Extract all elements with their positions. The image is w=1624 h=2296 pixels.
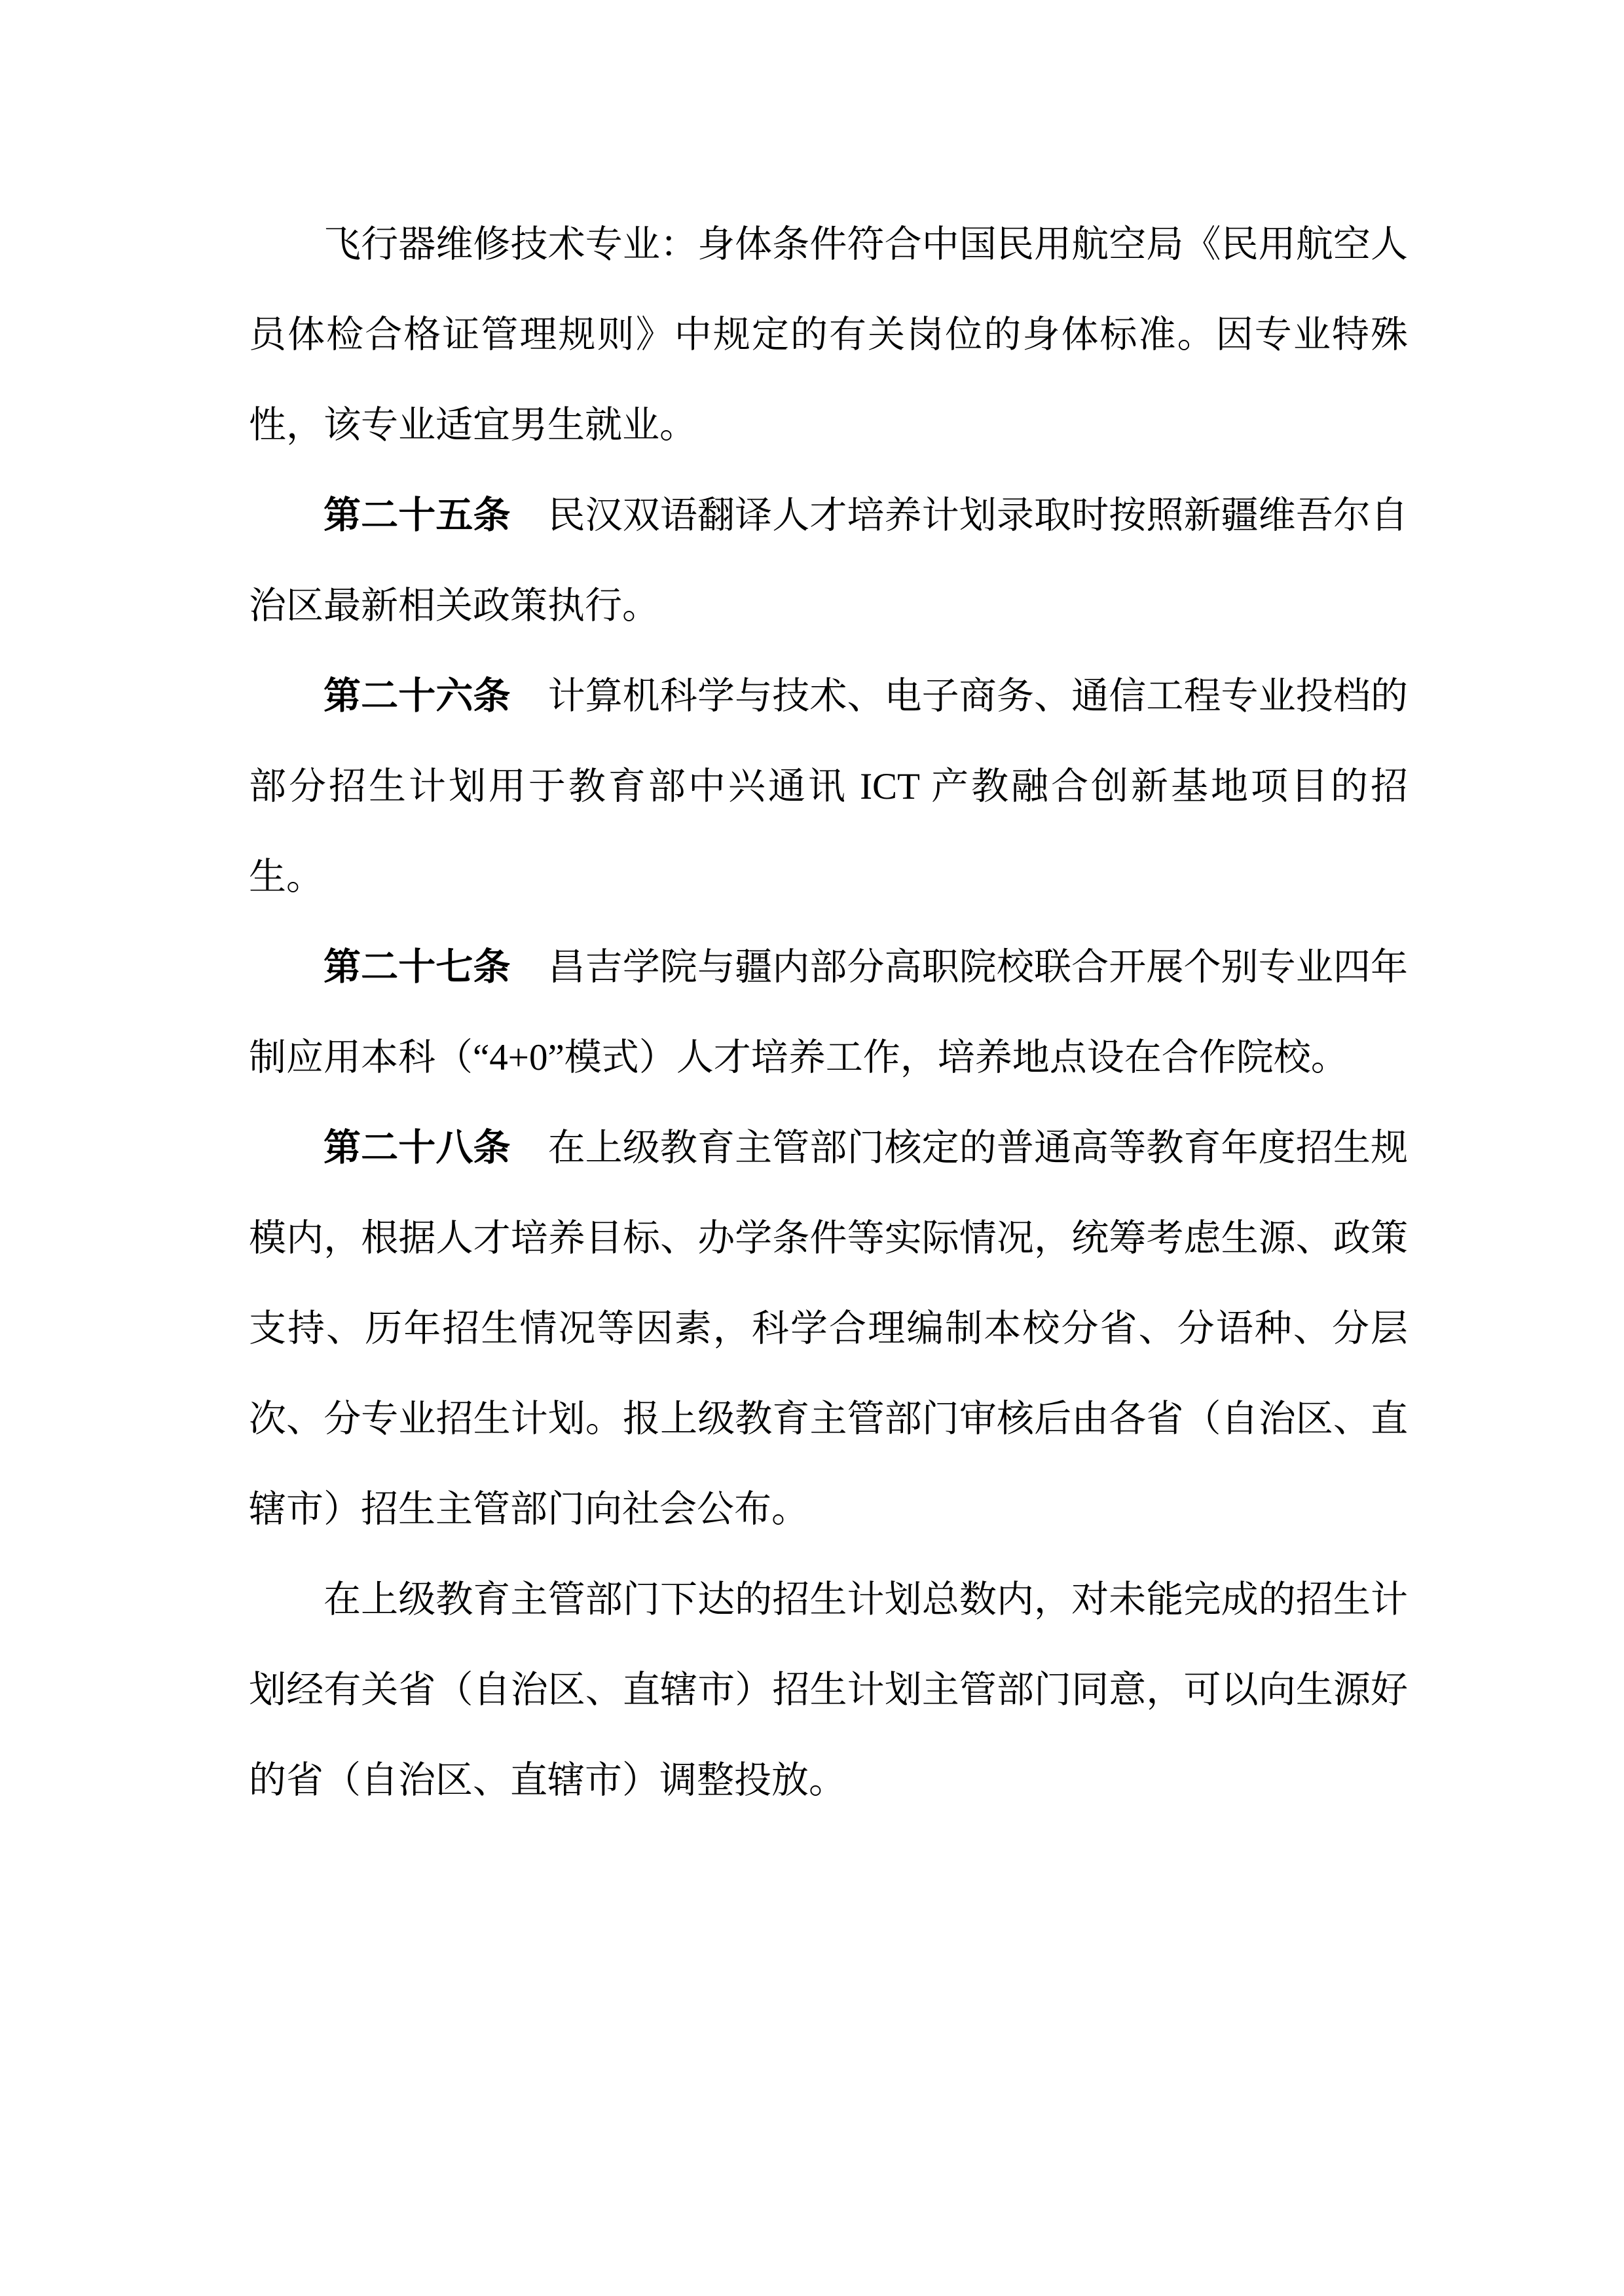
paragraph-article-28: 第二十八条在上级教育主管部门核定的普通高等教育年度招生规模内，根据人才培养目标、…	[249, 1103, 1408, 1555]
article-27-term: 第二十七条	[323, 947, 511, 988]
paragraph-article-27: 第二十七条昌吉学院与疆内部分高职院校联合开展个别专业四年制应用本科（“4+0”模…	[249, 922, 1408, 1103]
paragraph-text: 飞行器维修技术专业：身体条件符合中国民用航空局《民用航空人员体检合格证管理规则》…	[249, 224, 1408, 446]
document-page: 飞行器维修技术专业：身体条件符合中国民用航空局《民用航空人员体检合格证管理规则》…	[0, 0, 1624, 2296]
article-28-term: 第二十八条	[323, 1127, 511, 1169]
article-26-term: 第二十六条	[323, 676, 511, 717]
paragraph-flight-vehicle-maintenance: 飞行器维修技术专业：身体条件符合中国民用航空局《民用航空人员体检合格证管理规则》…	[249, 200, 1408, 471]
paragraph-article-26: 第二十六条计算机科学与技术、电子商务、通信工程专业投档的部分招生计划用于教育部中…	[249, 651, 1408, 922]
article-25-term: 第二十五条	[323, 495, 511, 536]
paragraph-article-25: 第二十五条民汉双语翻译人才培养计划录取时按照新疆维吾尔自治区最新相关政策执行。	[249, 471, 1408, 651]
document-body: 飞行器维修技术专业：身体条件符合中国民用航空局《民用航空人员体检合格证管理规则》…	[249, 200, 1408, 1826]
paragraph-plan-adjustment: 在上级教育主管部门下达的招生计划总数内，对未能完成的招生计划经有关省（自治区、直…	[249, 1555, 1408, 1826]
paragraph-text: 在上级教育主管部门核定的普通高等教育年度招生规模内，根据人才培养目标、办学条件等…	[249, 1127, 1408, 1530]
paragraph-text: 在上级教育主管部门下达的招生计划总数内，对未能完成的招生计划经有关省（自治区、直…	[249, 1579, 1408, 1801]
